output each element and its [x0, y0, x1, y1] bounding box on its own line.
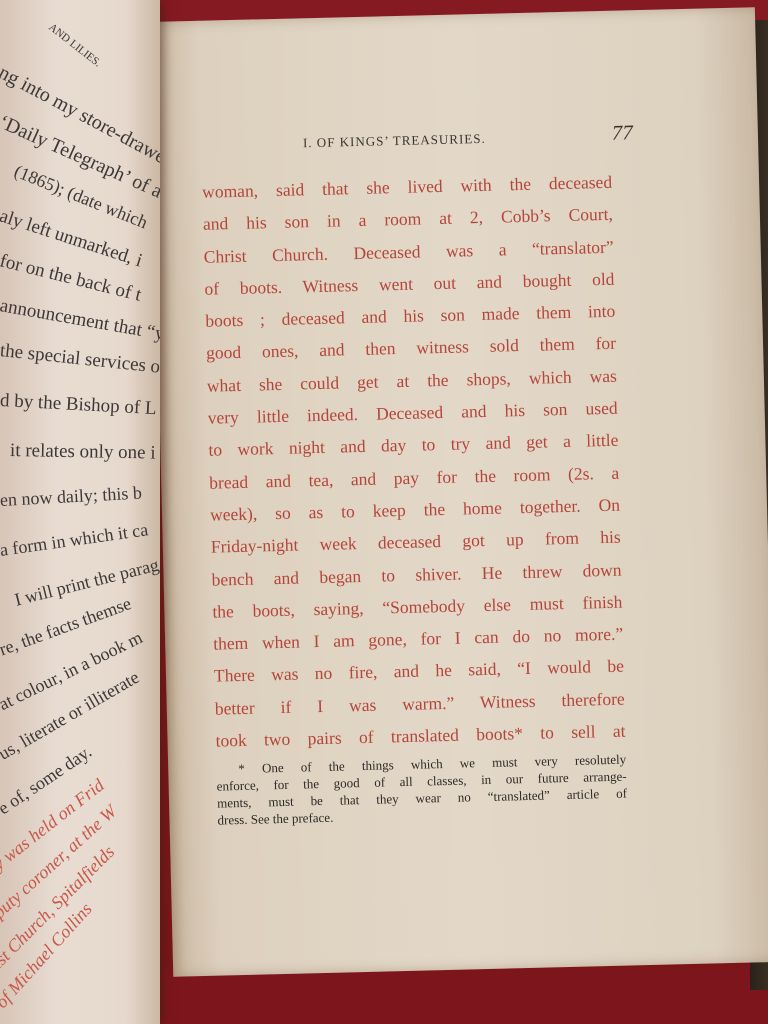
footnote: * One of the things which we must very r…: [216, 751, 628, 829]
body-text: woman, said that she lived with the dece…: [202, 166, 626, 757]
left-line: en now daily; this b: [0, 483, 142, 511]
page-number: 77: [612, 120, 634, 146]
left-line: d by the Bishop of L: [0, 390, 157, 420]
chapter-title: I. OF KINGS’ TREASURIES.: [303, 131, 486, 151]
red-cloth-bottom: [150, 970, 768, 1024]
book-photo: I. OF KINGS’ TREASURIES. 77 woman, said …: [0, 0, 768, 1024]
running-head: I. OF KINGS’ TREASURIES. 77: [303, 120, 634, 153]
left-line: the special services of th: [0, 340, 160, 381]
left-line: a form in which it ca: [0, 519, 149, 561]
left-page-header: AND LILIES.: [46, 21, 103, 69]
left-line: it relates only one i: [10, 440, 156, 465]
right-page: I. OF KINGS’ TREASURIES. 77 woman, said …: [150, 7, 768, 976]
left-page-curved: AND LILIES. ng into my store-drawer ‘Dai…: [0, 0, 160, 1024]
left-line: I will print the parag: [12, 555, 160, 611]
